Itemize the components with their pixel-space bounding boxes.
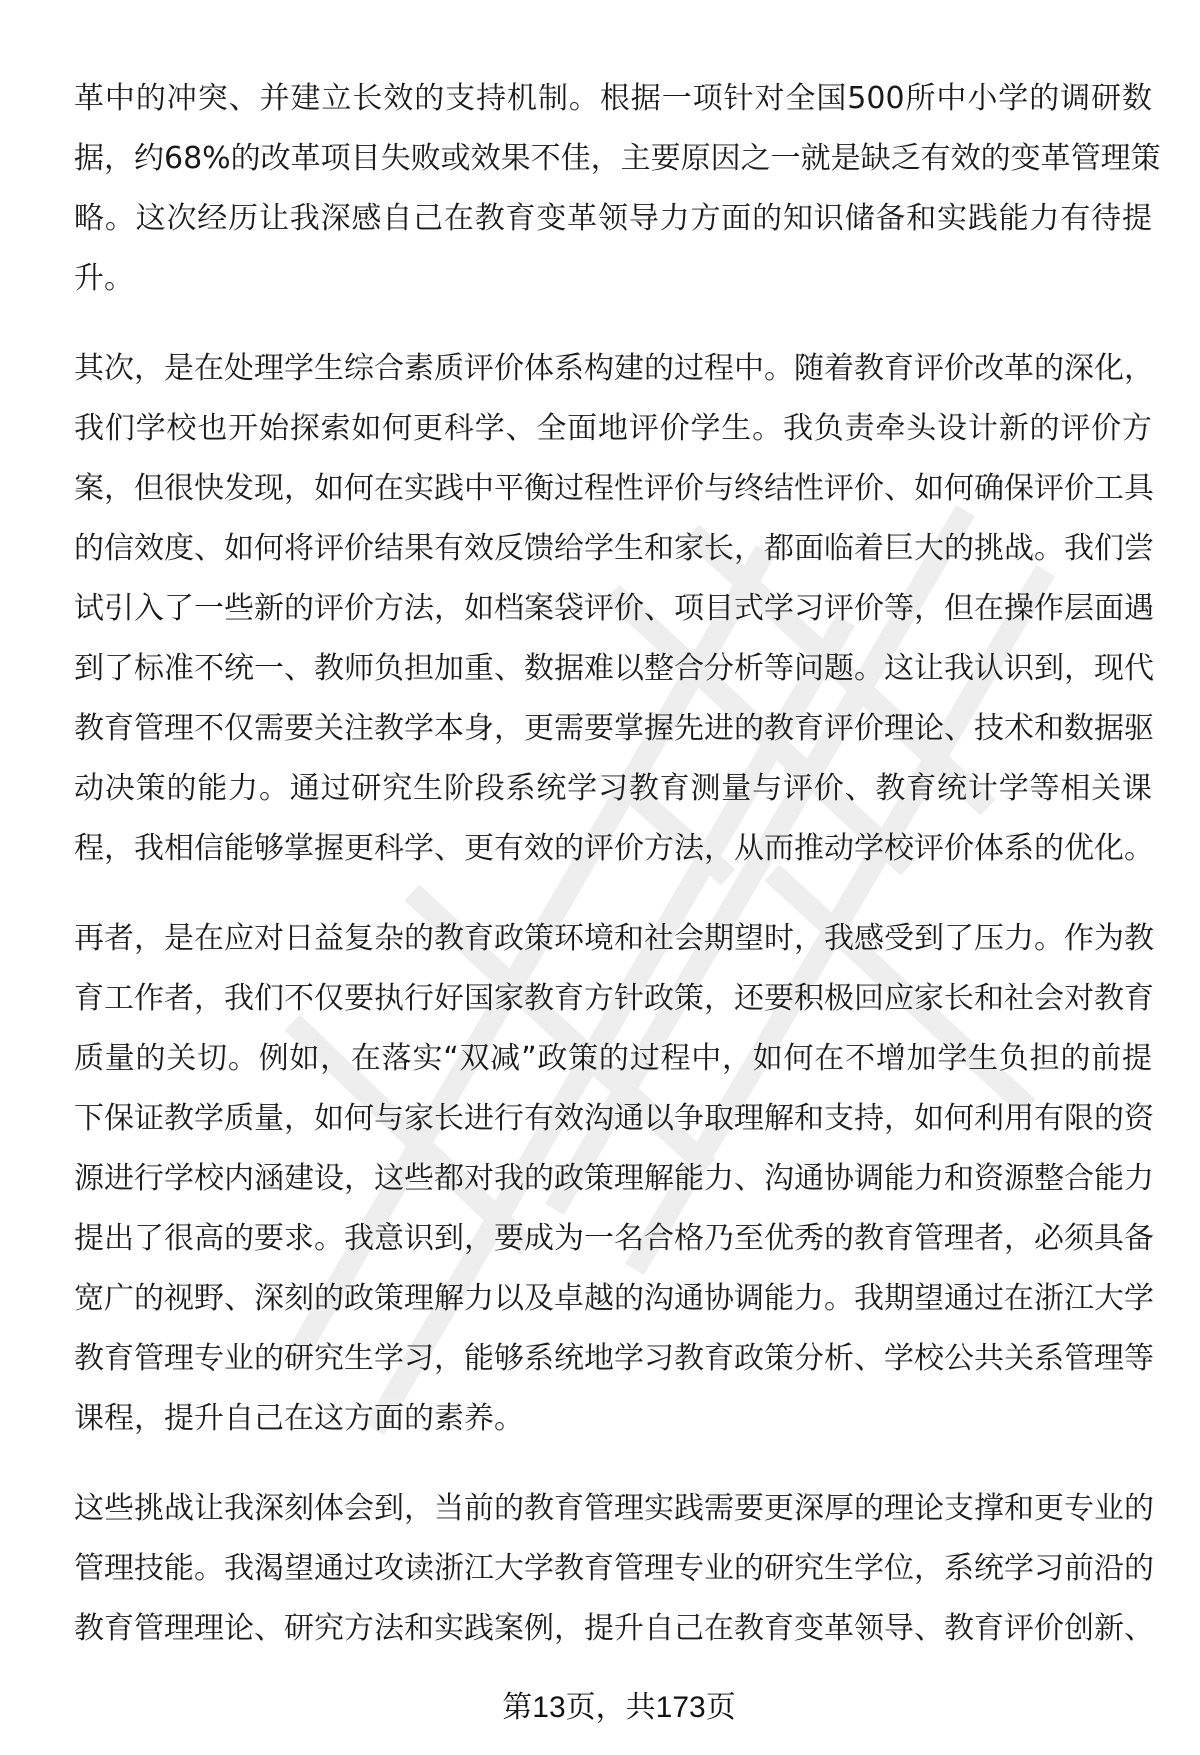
- paragraph-3: 再者，是在应对日益复杂的教育政策环境和社会期望时，我感受到了压力。作为教 育工作…: [74, 909, 1152, 1449]
- page-number-footer: 第13页，共173页: [0, 1688, 1200, 1728]
- paragraph-4: 这些挑战让我深刻体会到，当前的教育管理实践需要更深厚的理论支撑和更专业的 管理技…: [74, 1479, 1152, 1659]
- paragraph-2: 其次，是在处理学生综合素质评价体系构建的过程中。随着教育评价改革的深化， 我们学…: [74, 339, 1152, 879]
- text-line: 管理技能。我渴望通过攻读浙江大学教育管理专业的研究生学位，系统学习前沿的: [74, 1539, 1152, 1599]
- text-line: 我们学校也开始探索如何更科学、全面地评价学生。我负责牵头设计新的评价方: [74, 399, 1152, 459]
- text-line: 到了标准不统一、教师负担加重、数据难以整合分析等问题。这让我认识到，现代: [74, 639, 1152, 699]
- text-line: 教育管理不仅需要关注教学本身，更需要掌握先进的教育评价理论、技术和数据驱: [74, 699, 1152, 759]
- text-line: 其次，是在处理学生综合素质评价体系构建的过程中。随着教育评价改革的深化，: [74, 339, 1152, 399]
- text-line: 案，但很快发现，如何在实践中平衡过程性评价与终结性评价、如何确保评价工具: [74, 459, 1152, 519]
- page-number-label: 第13页，共173页: [502, 1691, 735, 1724]
- text-line: 的信效度、如何将评价结果有效反馈给学生和家长，都面临着巨大的挑战。我们尝: [74, 519, 1152, 579]
- text-line: 这些挑战让我深刻体会到，当前的教育管理实践需要更深厚的理论支撑和更专业的: [74, 1479, 1152, 1539]
- text-line: 程，我相信能够掌握更科学、更有效的评价方法，从而推动学校评价体系的优化。: [74, 819, 1152, 879]
- text-line: 升。: [74, 249, 1152, 309]
- text-line: 宽广的视野、深刻的政策理解力以及卓越的沟通协调能力。我期望通过在浙江大学: [74, 1269, 1152, 1329]
- document-page: 革中的冲突、并建立长效的支持机制。根据一项针对全国500所中小学的调研数 据，约…: [74, 69, 1152, 1689]
- text-line: 教育管理专业的研究生学习，能够系统地学习教育政策分析、学校公共关系管理等: [74, 1329, 1152, 1389]
- text-line: 动决策的能力。通过研究生阶段系统学习教育测量与评价、教育统计学等相关课: [74, 759, 1152, 819]
- text-line: 再者，是在应对日益复杂的教育政策环境和社会期望时，我感受到了压力。作为教: [74, 909, 1152, 969]
- text-line: 据，约68%的改革项目失败或效果不佳，主要原因之一就是缺乏有效的变革管理策: [74, 129, 1152, 189]
- text-line: 教育管理理论、研究方法和实践案例，提升自己在教育变革领导、教育评价创新、: [74, 1599, 1152, 1659]
- text-line: 略。这次经历让我深感自己在教育变革领导力方面的知识储备和实践能力有待提: [74, 189, 1152, 249]
- text-line: 下保证教学质量，如何与家长进行有效沟通以争取理解和支持，如何利用有限的资: [74, 1089, 1152, 1149]
- text-line: 育工作者，我们不仅要执行好国家教育方针政策，还要积极回应家长和社会对教育: [74, 969, 1152, 1029]
- text-line: 试引入了一些新的评价方法，如档案袋评价、项目式学习评价等，但在操作层面遇: [74, 579, 1152, 639]
- text-line: 课程，提升自己在这方面的素养。: [74, 1389, 1152, 1449]
- text-line: 革中的冲突、并建立长效的支持机制。根据一项针对全国500所中小学的调研数: [74, 69, 1152, 129]
- text-line: 源进行学校内涵建设，这些都对我的政策理解能力、沟通协调能力和资源整合能力: [74, 1149, 1152, 1209]
- text-line: 质量的关切。例如，在落实“双减”政策的过程中，如何在不增加学生负担的前提: [74, 1029, 1152, 1089]
- text-line: 提出了很高的要求。我意识到，要成为一名合格乃至优秀的教育管理者，必须具备: [74, 1209, 1152, 1269]
- paragraph-1: 革中的冲突、并建立长效的支持机制。根据一项针对全国500所中小学的调研数 据，约…: [74, 69, 1152, 309]
